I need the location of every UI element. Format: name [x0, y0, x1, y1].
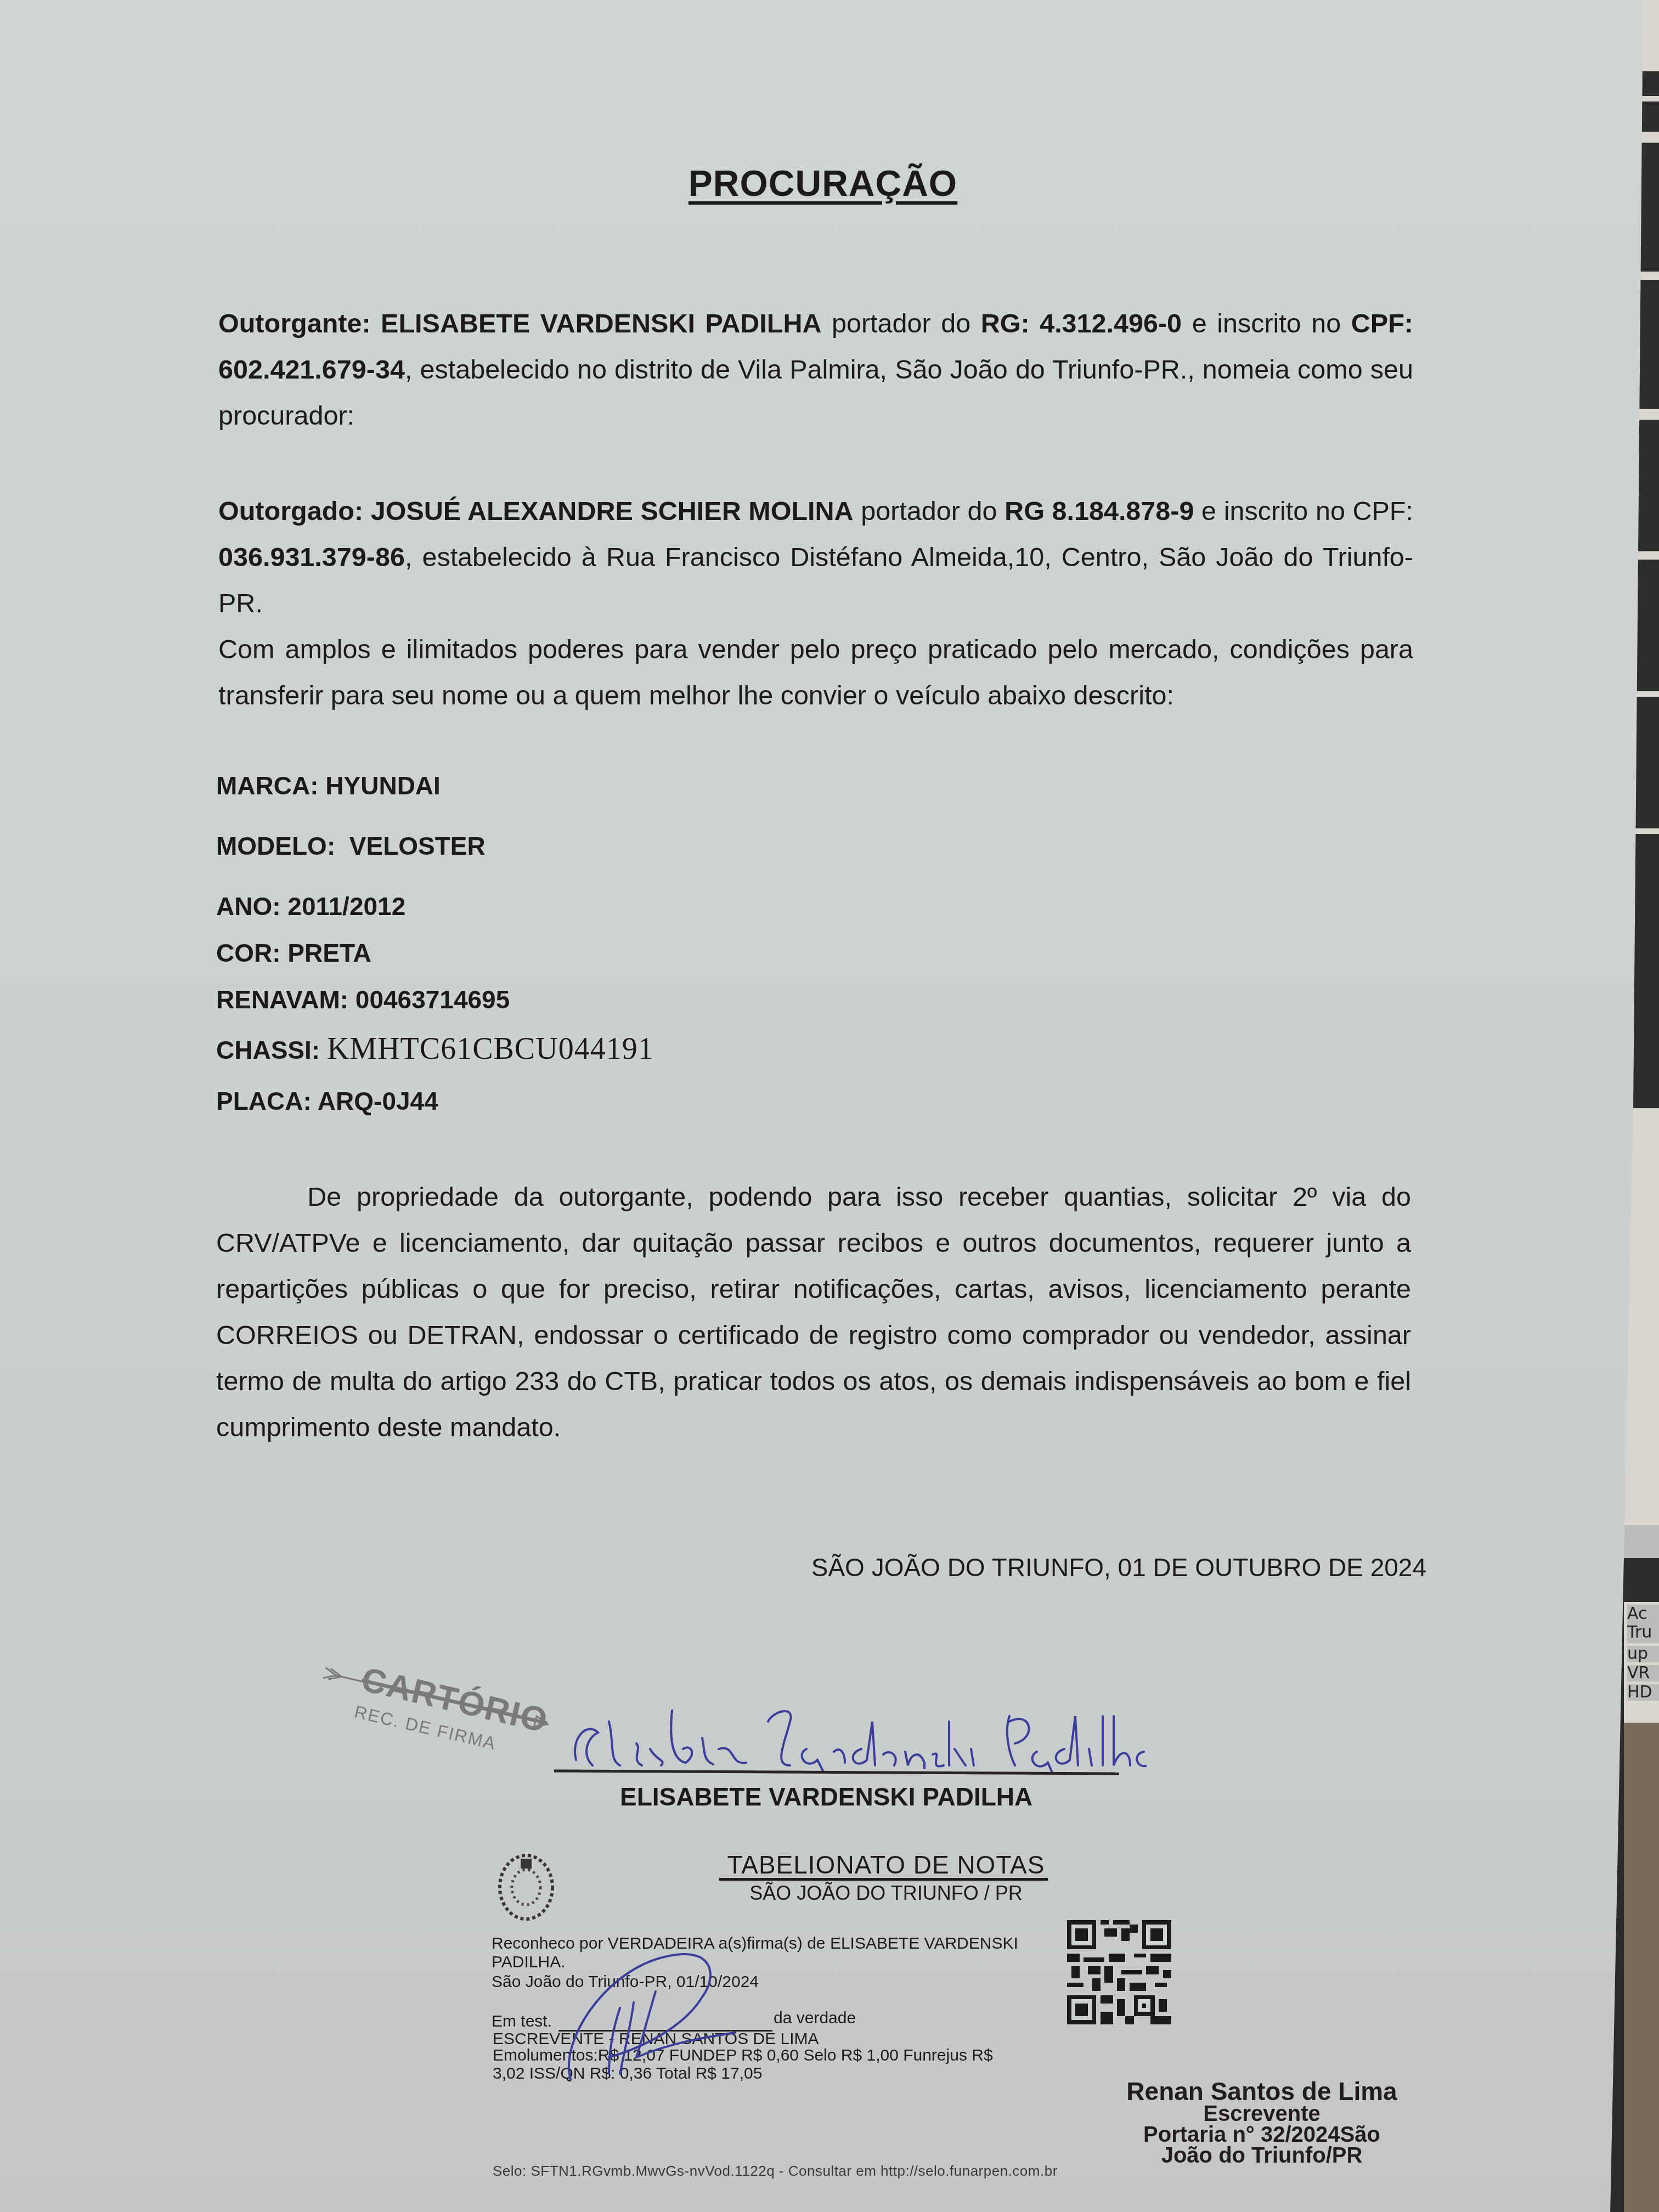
handwritten-signature	[554, 1689, 1147, 1776]
grantee-label: Outorgado:	[218, 496, 363, 526]
grantee-paragraph: Outorgado: JOSUÉ ALEXANDRE SCHIER MOLINA…	[218, 488, 1413, 627]
signer-name: ELISABETE VARDENSKI PADILHA	[620, 1782, 1032, 1812]
qr-code-icon	[1067, 1920, 1171, 2024]
vehicle-chassis: CHASSI: KMHTC61CBCU044191	[216, 1031, 654, 1066]
grantor-cpf: 602.421.679-34	[218, 355, 405, 385]
grantee-name: JOSUÉ ALEXANDRE SCHIER MOLINA	[371, 496, 854, 526]
vehicle-color: COR: PRETA	[216, 938, 371, 968]
clerk-stamp-role: Escrevente	[1119, 2103, 1404, 2124]
vehicle-renavam: RENAVAM: 00463714695	[216, 985, 510, 1014]
clerk-stamp-city: João do Triunfo/PR	[1119, 2145, 1404, 2166]
clerk-stamp: Renan Santos de Lima Escrevente Portaria…	[1119, 2079, 1404, 2166]
coat-of-arms-icon	[496, 1853, 556, 1925]
clerk-stamp-portaria: Portaria n° 32/2024São	[1119, 2124, 1404, 2145]
seal-verification-text: Selo: SFTN1.RGvmb.MwvGs-nvVod.1122q - Co…	[493, 2163, 1058, 2180]
notary-rubric-signature	[538, 1942, 790, 2085]
grantor-rg: 4.312.496-0	[1040, 309, 1182, 338]
grantor-paragraph: Outorgante: ELISABETE VARDENSKI PADILHA …	[218, 301, 1413, 439]
powers-intro: Com amplos e ilimitados poderes para ven…	[218, 627, 1413, 719]
backdrop-label: AcTru	[1627, 1605, 1659, 1643]
grantee-rg: 8.184.878-9	[1052, 496, 1194, 526]
vehicle-plate: PLACA: ARQ-0J44	[216, 1086, 438, 1116]
vehicle-year: ANO: 2011/2012	[216, 891, 405, 921]
notary-city: SÃO JOÃO DO TRIUNFO / PR	[724, 1882, 1048, 1905]
backdrop-label: VR	[1627, 1665, 1659, 1681]
grantor-name: ELISABETE VARDENSKI PADILHA	[381, 309, 821, 338]
notary-office-title: TABELIONATO DE NOTAS	[724, 1850, 1048, 1880]
clerk-stamp-name: Renan Santos de Lima	[1119, 2079, 1404, 2103]
place-date: SÃO JOÃO DO TRIUNFO, 01 DE OUTUBRO DE 20…	[774, 1553, 1426, 1582]
powers-detail: De propriedade da outorgante, podendo pa…	[216, 1174, 1411, 1451]
vehicle-brand: MARCA: HYUNDAI	[216, 771, 441, 800]
divider	[719, 1878, 1048, 1881]
backdrop-label: up	[1627, 1646, 1659, 1662]
grantee-cpf: 036.931.379-86	[218, 543, 405, 572]
document-title: PROCURAÇÃO	[0, 162, 1646, 204]
vehicle-model: MODELO: VELOSTER	[216, 831, 486, 861]
backdrop-label: HD	[1627, 1684, 1659, 1701]
grantor-label: Outorgante:	[218, 309, 371, 338]
